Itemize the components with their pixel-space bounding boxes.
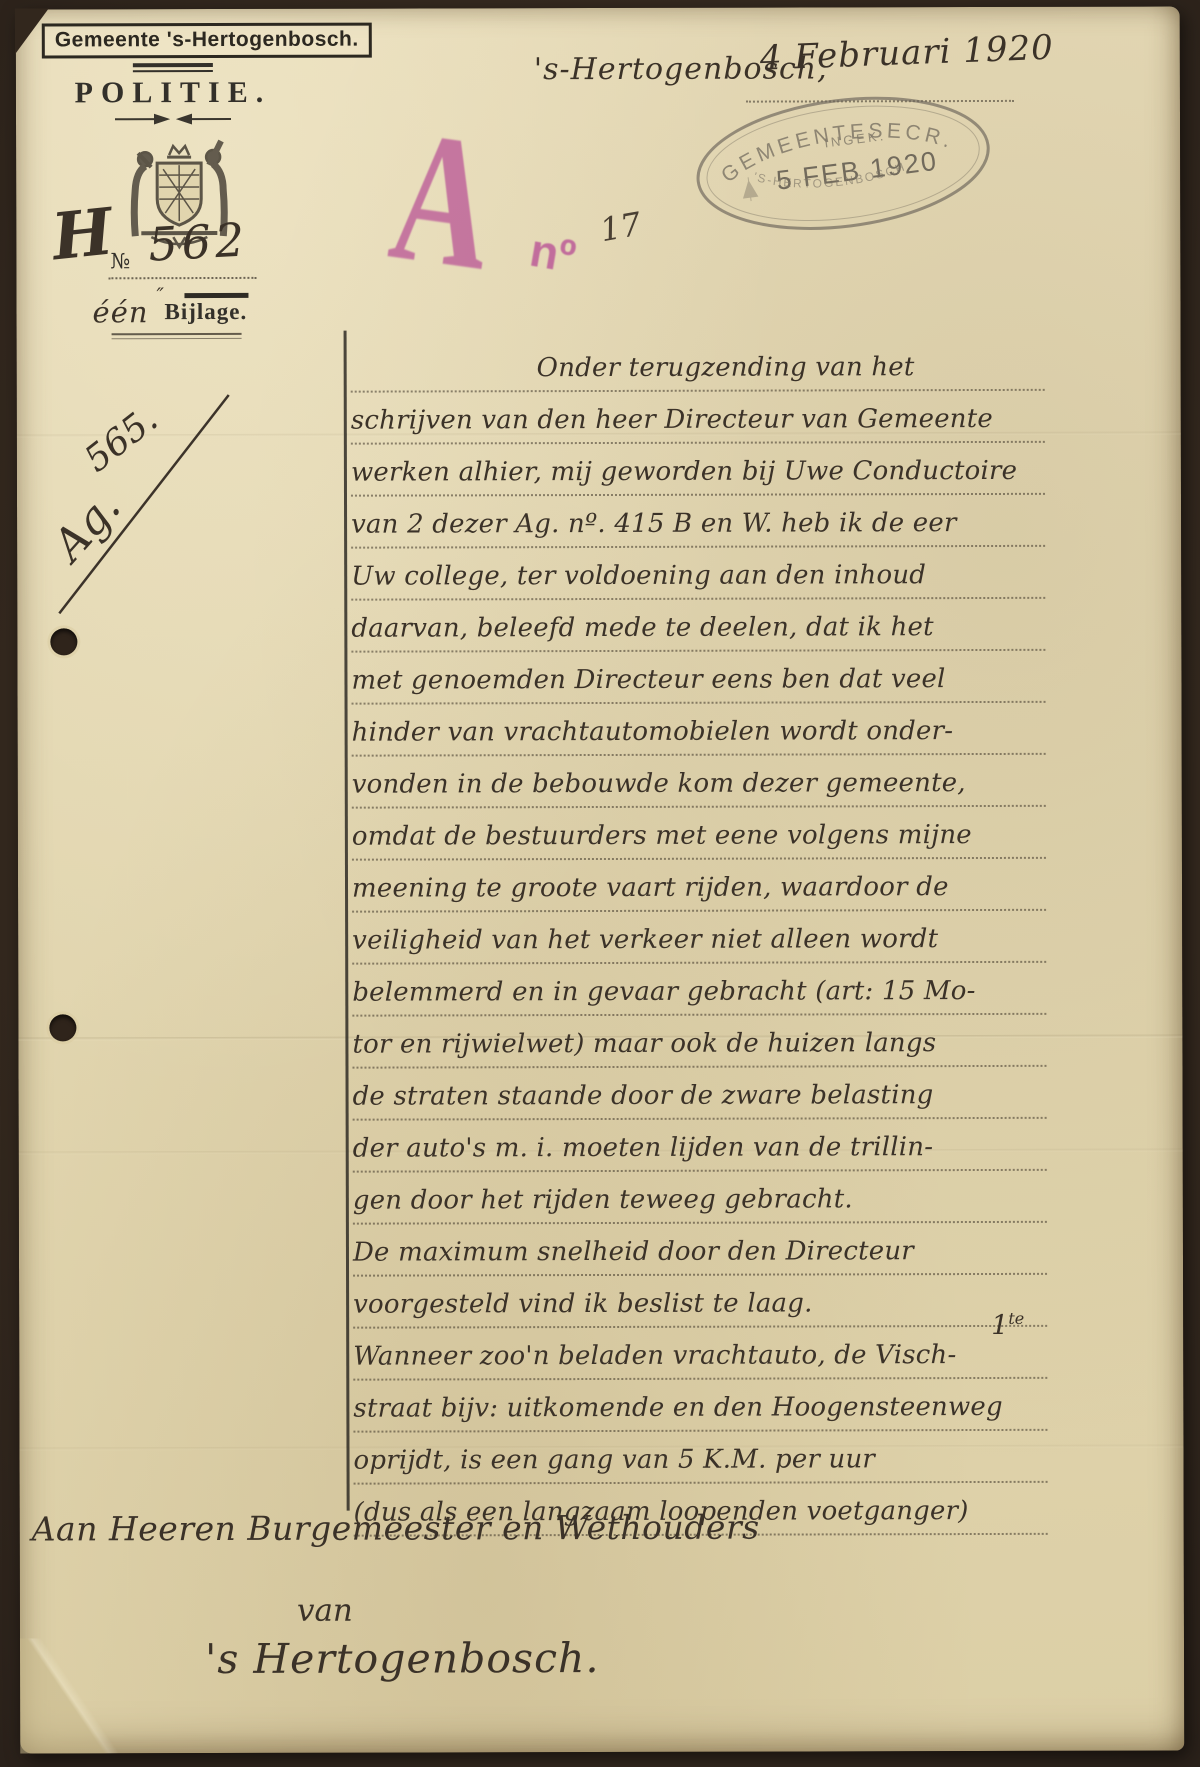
margin-rule [344,331,350,1511]
double-rule [112,333,242,339]
sheet-mark-base: 1 [991,1310,1008,1341]
dateline-date: 4 Februari 1920 [759,28,1054,79]
document-photo: Gemeente 's-Hertogenbosch. POLITIE. [0,0,1200,1767]
rule-ornament [133,63,213,72]
address-line: 's Hertogenbosch. [205,1634,600,1683]
manuscript-line: omdat de bestuurders met eene volgens mi… [352,807,1046,861]
filing-stamp: A nº 17 [382,116,703,347]
manuscript-line: schrijven van den heer Directeur van Gem… [351,391,1045,445]
manuscript-line: belemmerd en in gevaar gebracht (art: 15… [352,963,1046,1017]
manuscript-line: met genoemden Directeur eens ben dat vee… [351,651,1045,705]
rule-ornament [184,293,248,298]
attachment-count: één [92,295,148,329]
filing-stamp-no-label: nº [526,223,579,284]
sheet-mark-sup: te [1008,1309,1024,1328]
filing-stamp-letter: A [382,101,504,301]
letter-paper: Gemeente 's-Hertogenbosch. POLITIE. [16,6,1185,1753]
manuscript-line: Wanneer zoo'n beladen vrachtauto, de Vis… [353,1327,1047,1381]
clerk-monogram: H [48,194,116,275]
manuscript-line: tor en rijwielwet) maar ook de huizen la… [352,1015,1046,1069]
manuscript-line: De maximum snelheid door den Directeur [353,1223,1047,1277]
department-title: POLITIE. [58,76,288,111]
manuscript-line: veiligheid van het verkeer niet alleen w… [352,911,1046,965]
received-stamp: GEMEENTESECR. INGEK. 5 FEB 1920 'S-HERTO… [681,75,1006,252]
manuscript-line: straat bijv: uitkomende en den Hoogenste… [353,1379,1047,1433]
manuscript-line: vonden in de bebouwde kom dezer gemeente… [352,755,1046,809]
manuscript-line: oprijdt, is een gang van 5 K.M. per uur [353,1431,1047,1485]
filing-stamp-number: 17 [597,205,644,250]
address-line: Aan Heeren Burgemeester en Wethouders [32,1508,760,1549]
manuscript-line: Uw college, ter voldoening aan den inhou… [351,547,1045,601]
ditto-mark: ″ [156,283,164,307]
municipality-box: Gemeente 's-Hertogenbosch. [42,23,372,59]
dotted-rule [108,277,256,279]
sheet-mark: 1te [991,1309,1024,1341]
punch-hole [50,628,77,655]
manuscript-body: Onder terugzending van het schrijven van… [351,339,1048,1537]
manuscript-line: daarvan, beleefd mede te deelen, dat ik … [351,599,1045,653]
letterhead: POLITIE. [58,63,288,130]
arrow-ornament-icon [113,113,233,125]
manuscript-line: meening te groote vaart rijden, waardoor… [352,859,1046,913]
punch-hole [49,1014,76,1041]
manuscript-line: gen door het rijden teweeg gebracht. [353,1171,1047,1225]
manuscript-line: hinder van vrachtautomobielen wordt onde… [352,703,1046,757]
manuscript-line: Onder terugzending van het [351,339,1045,393]
number-label: № [110,249,130,273]
manuscript-line: de straten staande door de zware belasti… [352,1067,1046,1121]
margin-note-prefix: Ag. [41,482,131,574]
bottom-corner-fold [20,1638,190,1753]
manuscript-line: werken alhier, mij geworden bij Uwe Cond… [351,443,1045,497]
margin-note-number: 565. [77,399,165,481]
attachment-label: Bijlage. [164,299,247,325]
manuscript-line: voorgesteld vind ik beslist te laag. [353,1275,1047,1329]
address-line: van [297,1593,353,1629]
margin-annotation: Ag. 565. [37,381,253,627]
manuscript-line: der auto's m. i. moeten lijden van de tr… [353,1119,1047,1173]
letter-number: 562 [147,212,250,271]
manuscript-line: van 2 dezer Ag. nº. 415 B en W. heb ik d… [351,495,1045,549]
